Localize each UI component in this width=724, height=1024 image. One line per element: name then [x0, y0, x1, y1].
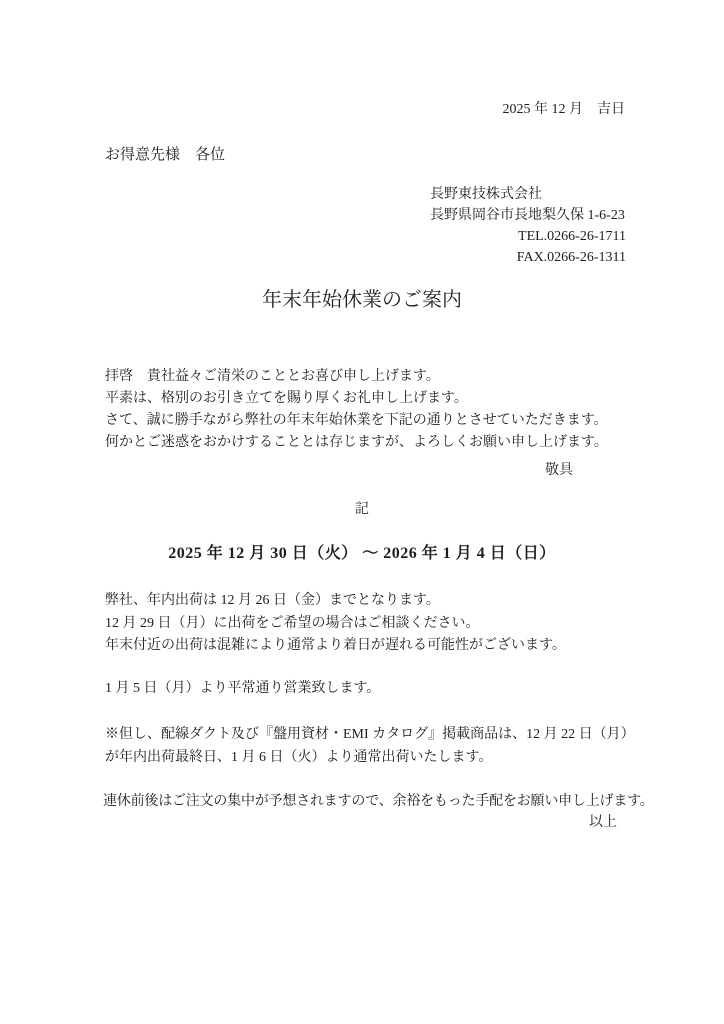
holiday-period: 2025 年 12 月 30 日（火） ～ 2026 年 1 月 4 日（日） [0, 543, 724, 565]
exception-note-line: が年内出荷最終日、1 月 6 日（火）より通常出荷いたします。 [105, 747, 635, 770]
recipient-line: お得意先様 各位 [105, 144, 225, 166]
greeting-line: さて、誠に勝手ながら弊社の年末年始休業を下記の通りとさせていただきます。 [105, 410, 608, 432]
shipping-notes-paragraph: 弊社、年内出荷は 12 月 26 日（金）までとなります。 12 月 29 日（… [105, 590, 566, 658]
sender-fax: FAX.0266-26-1311 [430, 247, 626, 268]
greeting-line: 何かとご迷惑をおかけすることとは存じますが、よろしくお願い申し上げます。 [105, 432, 608, 454]
exception-note-line: ※但し、配線ダクト及び『盤用資材・EMI カタログ』掲載商品は、12 月 22 … [105, 724, 635, 747]
page-title: 年末年始休業のご案内 [0, 285, 724, 315]
greeting-line: 平素は、格別のお引き立てを賜り厚くお礼申し上げます。 [105, 388, 608, 410]
greeting-line: 拝啓 貴社益々ご清栄のこととお喜び申し上げます。 [105, 366, 608, 388]
shipping-note-line: 年末付近の出荷は混雑により通常より着日が遅れる可能性がございます。 [105, 635, 566, 658]
end-word-ijou: 以上 [589, 812, 617, 834]
shipping-note-line: 弊社、年内出荷は 12 月 26 日（金）までとなります。 [105, 590, 566, 613]
business-resume-line: 1 月 5 日（月）より平常通り営業致します。 [105, 678, 380, 700]
sender-block: 長野東技株式会社 長野県岡谷市長地梨久保 1-6-23 TEL.0266-26-… [430, 184, 626, 268]
closing-word-keigu: 敬具 [545, 460, 573, 482]
order-request-line: 連休前後はご注文の集中が予想されますので、余裕をもった手配をお願い申し上げます。 [103, 791, 654, 813]
sender-company: 長野東技株式会社 [430, 184, 626, 205]
greeting-paragraph: 拝啓 貴社益々ご清栄のこととお喜び申し上げます。 平素は、格別のお引き立てを賜り… [105, 366, 608, 454]
sender-tel: TEL.0266-26-1711 [430, 226, 626, 247]
exception-note-paragraph: ※但し、配線ダクト及び『盤用資材・EMI カタログ』掲載商品は、12 月 22 … [105, 724, 635, 769]
sender-address: 長野県岡谷市長地梨久保 1-6-23 [430, 205, 626, 226]
business-letter-page: 2025 年 12 月 吉日 お得意先様 各位 長野東技株式会社 長野県岡谷市長… [0, 0, 724, 1024]
shipping-note-line: 12 月 29 日（月）に出荷をご希望の場合はご相談ください。 [105, 613, 566, 636]
record-marker-ki: 記 [0, 499, 724, 521]
issue-date: 2025 年 12 月 吉日 [503, 99, 626, 121]
